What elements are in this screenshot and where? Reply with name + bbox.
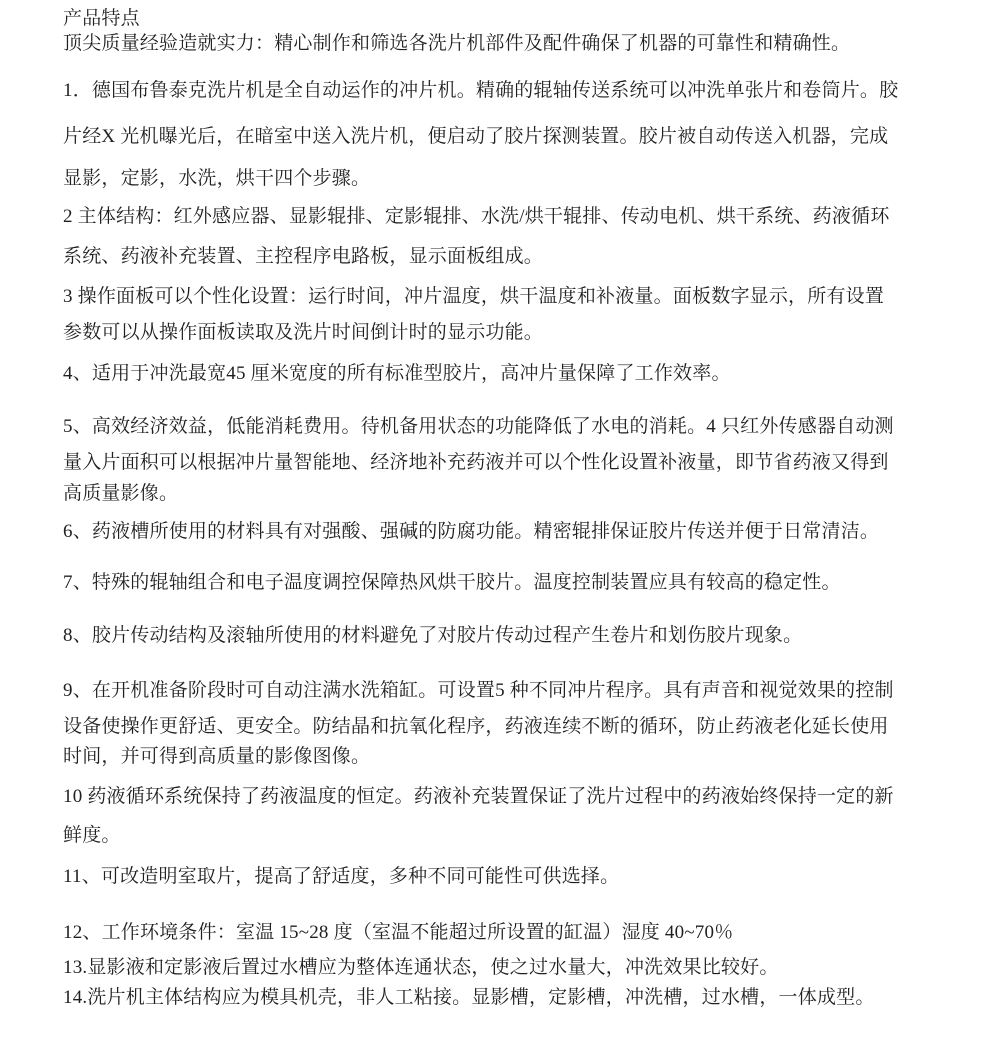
text-line: 高质量影像。 [63, 481, 945, 507]
text-line: 系统、药液补充装置、主控程序电路板，显示面板组成。 [63, 244, 945, 270]
text-line: 量入片面积可以根据冲片量智能地、经济地补充药液并可以个性化设置补液量，即节省药液… [63, 450, 945, 476]
text-line: 9、在开机准备阶段时可自动注满水洗箱缸。可设置5 种不同冲片程序。具有声音和视觉… [63, 678, 945, 704]
text-line: 显影，定影，水洗，烘干四个步骤。 [63, 166, 945, 192]
text-line: 参数可以从操作面板读取及洗片时间倒计时的显示功能。 [63, 320, 945, 346]
text-line: 时间，并可得到高质量的影像图像。 [63, 744, 945, 770]
text-line: 片经X 光机曝光后，在暗室中送入洗片机，便启动了胶片探测装置。胶片被自动传送入机… [63, 124, 945, 150]
text-line: 1．德国布鲁泰克洗片机是全自动运作的冲片机。精确的辊轴传送系统可以冲洗单张片和卷… [63, 78, 945, 104]
text-line: 顶尖质量经验造就实力：精心制作和筛选各洗片机部件及配件确保了机器的可靠性和精确性… [63, 31, 945, 57]
text-line: 3 操作面板可以个性化设置：运行时间，冲片温度，烘干温度和补液量。面板数字显示，… [63, 284, 945, 310]
text-line: 10 药液循环系统保持了药液温度的恒定。药液补充装置保证了洗片过程中的药液始终保… [63, 784, 945, 810]
page-title: 产品特点 [63, 6, 945, 32]
text-line: 设备使操作更舒适、更安全。防结晶和抗氧化程序，药液连续不断的循环，防止药液老化延… [63, 714, 945, 740]
text-line: 11、可改造明室取片，提高了舒适度，多种不同可能性可供选择。 [63, 864, 945, 890]
text-line: 4、适用于冲洗最宽45 厘米宽度的所有标准型胶片，高冲片量保障了工作效率。 [63, 361, 945, 387]
document-content: 产品特点 顶尖质量经验造就实力：精心制作和筛选各洗片机部件及配件确保了机器的可靠… [0, 0, 1000, 1011]
text-line: 8、胶片传动结构及滚轴所使用的材料避免了对胶片传动过程产生卷片和划伤胶片现象。 [63, 623, 945, 649]
text-line: 6、药液槽所使用的材料具有对强酸、强碱的防腐功能。精密辊排保证胶片传送并便于日常… [63, 519, 945, 545]
text-line: 2 主体结构：红外感应器、显影辊排、定影辊排、水洗/烘干辊排、传动电机、烘干系统… [63, 204, 945, 230]
text-line: 7、特殊的辊轴组合和电子温度调控保障热风烘干胶片。温度控制装置应具有较高的稳定性… [63, 570, 945, 596]
text-line: 12、工作环境条件：室温 15~28 度（室温不能超过所设置的缸温）湿度 40~… [63, 920, 945, 946]
text-line: 14.洗片机主体结构应为模具机壳，非人工粘接。显影槽，定影槽，冲洗槽，过水槽，一… [63, 985, 945, 1011]
text-line: 13.显影液和定影液后置过水槽应为整体连通状态，使之过水量大，冲洗效果比较好。 [63, 955, 945, 981]
text-line: 5、高效经济效益，低能消耗费用。待机备用状态的功能降低了水电的消耗。4 只红外传… [63, 414, 945, 440]
text-line: 鲜度。 [63, 823, 945, 849]
document-page: 产品特点 顶尖质量经验造就实力：精心制作和筛选各洗片机部件及配件确保了机器的可靠… [0, 0, 1000, 1048]
